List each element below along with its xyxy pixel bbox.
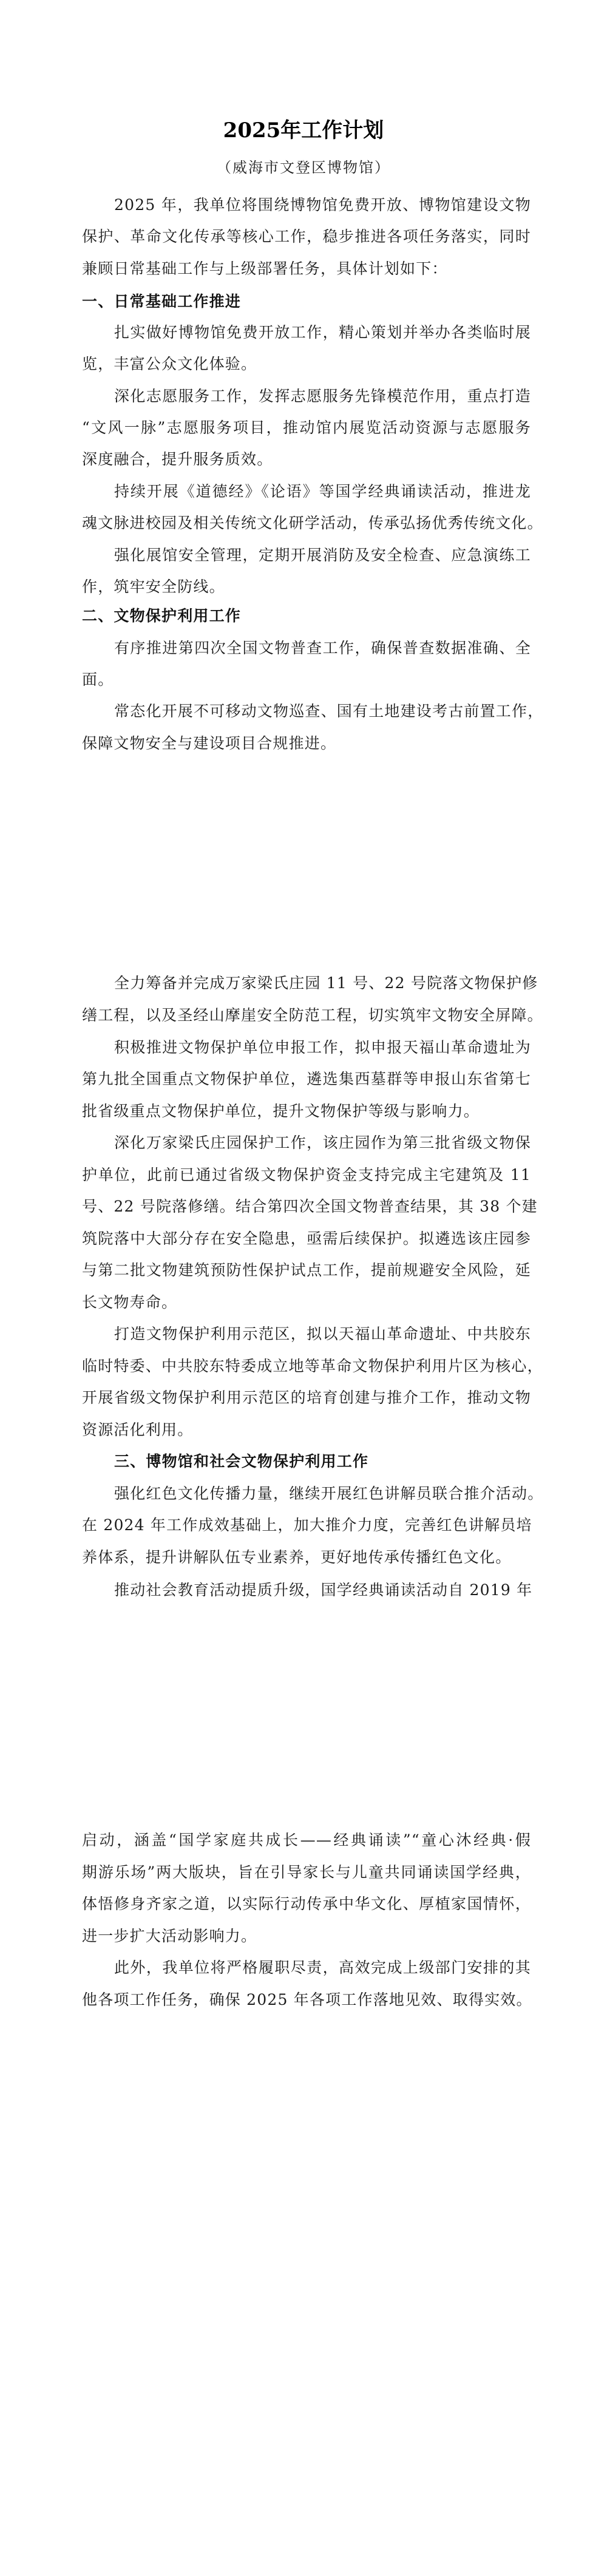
document-title: 2025年工作计划 [0, 115, 607, 146]
paragraph-line: 养体系，提升讲解队伍专业素养，更好地传承传播红色文化。 [82, 1547, 531, 1568]
paragraph-line: “文风一脉”志愿服务项目，推动馆内展览活动资源与志愿服务 [82, 417, 531, 439]
paragraph-line: 期游乐场”两大版块，旨在引导家长与儿童共同诵读国学经典， [82, 1862, 531, 1883]
paragraph-line: 体悟修身齐家之道，以实际行动传承中华文化、厚植家国情怀， [82, 1893, 531, 1915]
paragraph-line: 保障文物安全与建设项目合规推进。 [82, 733, 531, 754]
paragraph-line: 号、22 号院落修缮。结合第四次全国文物普查结果，其 38 个建 [82, 1196, 531, 1218]
paragraph-line: 深化万家梁氏庄园保护工作，该庄园作为第三批省级文物保 [114, 1132, 531, 1154]
paragraph-line: 临时特委、中共胶东特委成立地等革命文物保护利用片区为核心， [82, 1355, 531, 1377]
paragraph-line: 护单位，此前已通过省级文物保护资金支持完成主宅建筑及 11 [82, 1164, 531, 1186]
paragraph-line: 作，筑牢安全防线。 [82, 576, 531, 598]
document-page: 2025年工作计划 （威海市文登区博物馆） 2025 年，我单位将围绕博物馆免费… [0, 0, 607, 2576]
paragraph-line: 启动，涵盖“国学家庭共成长——经典诵读”“童心沐经典·假 [82, 1829, 531, 1851]
paragraph-line: 积极推进文物保护单位申报工作，拟申报天福山革命遗址为 [114, 1037, 531, 1059]
paragraph-line: 深度融合，提升服务质效。 [82, 449, 531, 470]
paragraph-line: 强化展馆安全管理，定期开展消防及安全检查、应急演练工 [114, 544, 531, 566]
paragraph-line: 保护、革命文化传承等核心工作，稳步推进各项任务落实，同时 [82, 226, 531, 248]
paragraph-line: 有序推进第四次全国文物普查工作，确保普查数据准确、全 [114, 637, 531, 659]
paragraph-line: 2025 年，我单位将围绕博物馆免费开放、博物馆建设文物 [114, 194, 531, 216]
paragraph-line: 览，丰富公众文化体验。 [82, 353, 531, 375]
section-heading: 二、文物保护利用工作 [82, 605, 531, 627]
paragraph-line: 缮工程，以及圣经山摩崖安全防范工程，切实筑牢文物安全屏障。 [82, 1005, 531, 1026]
paragraph-line: 第九批全国重点文物保护单位，遴选集西墓群等申报山东省第七 [82, 1068, 531, 1090]
paragraph-line: 他各项工作任务，确保 2025 年各项工作落地见效、取得实效。 [82, 1989, 531, 2011]
paragraph-line: 魂文脉进校园及相关传统文化研学活动，传承弘扬优秀传统文化。 [82, 512, 531, 534]
paragraph-line: 推动社会教育活动提质升级，国学经典诵读活动自 2019 年 [114, 1579, 531, 1601]
paragraph-line: 进一步扩大活动影响力。 [82, 1925, 531, 1947]
paragraph-line: 打造文物保护利用示范区，拟以天福山革命遗址、中共胶东 [114, 1323, 531, 1345]
paragraph-line: 与第二批文物建筑预防性保护试点工作，提前规避安全风险，延 [82, 1259, 531, 1281]
paragraph-line: 持续开展《道德经》《论语》等国学经典诵读活动，推进龙 [114, 481, 531, 503]
paragraph-line: 强化红色文化传播力量，继续开展红色讲解员联合推介活动。 [114, 1483, 531, 1505]
paragraph-line: 批省级重点文物保护单位，提升文物保护等级与影响力。 [82, 1100, 531, 1122]
paragraph-line: 扎实做好博物馆免费开放工作，精心策划并举办各类临时展 [114, 322, 531, 344]
paragraph-line: 面。 [82, 669, 531, 691]
section-heading: 三、博物馆和社会文物保护利用工作 [114, 1451, 531, 1473]
paragraph-line: 深化志愿服务工作，发挥志愿服务先锋模范作用，重点打造 [114, 385, 531, 407]
paragraph-line: 资源活化利用。 [82, 1419, 531, 1441]
section-heading: 一、日常基础工作推进 [82, 291, 531, 313]
document-subtitle: （威海市文登区博物馆） [0, 157, 607, 178]
paragraph-line: 在 2024 年工作成效基础上，加大推介力度，完善红色讲解员培 [82, 1514, 531, 1536]
paragraph-line: 开展省级文物保护利用示范区的培育创建与推介工作，推动文物 [82, 1387, 531, 1409]
paragraph-line: 此外，我单位将严格履职尽责，高效完成上级部门安排的其 [114, 1957, 531, 1979]
paragraph-line: 长文物寿命。 [82, 1292, 531, 1313]
paragraph-line: 兼顾日常基础工作与上级部署任务，具体计划如下： [82, 258, 531, 280]
paragraph-line: 筑院落中大部分存在安全隐患，亟需后续保护。拟遴选该庄园参 [82, 1228, 531, 1250]
paragraph-line: 全力筹备并完成万家梁氏庄园 11 号、22 号院落文物保护修 [114, 972, 531, 994]
paragraph-line: 常态化开展不可移动文物巡查、国有土地建设考古前置工作， [114, 700, 531, 722]
